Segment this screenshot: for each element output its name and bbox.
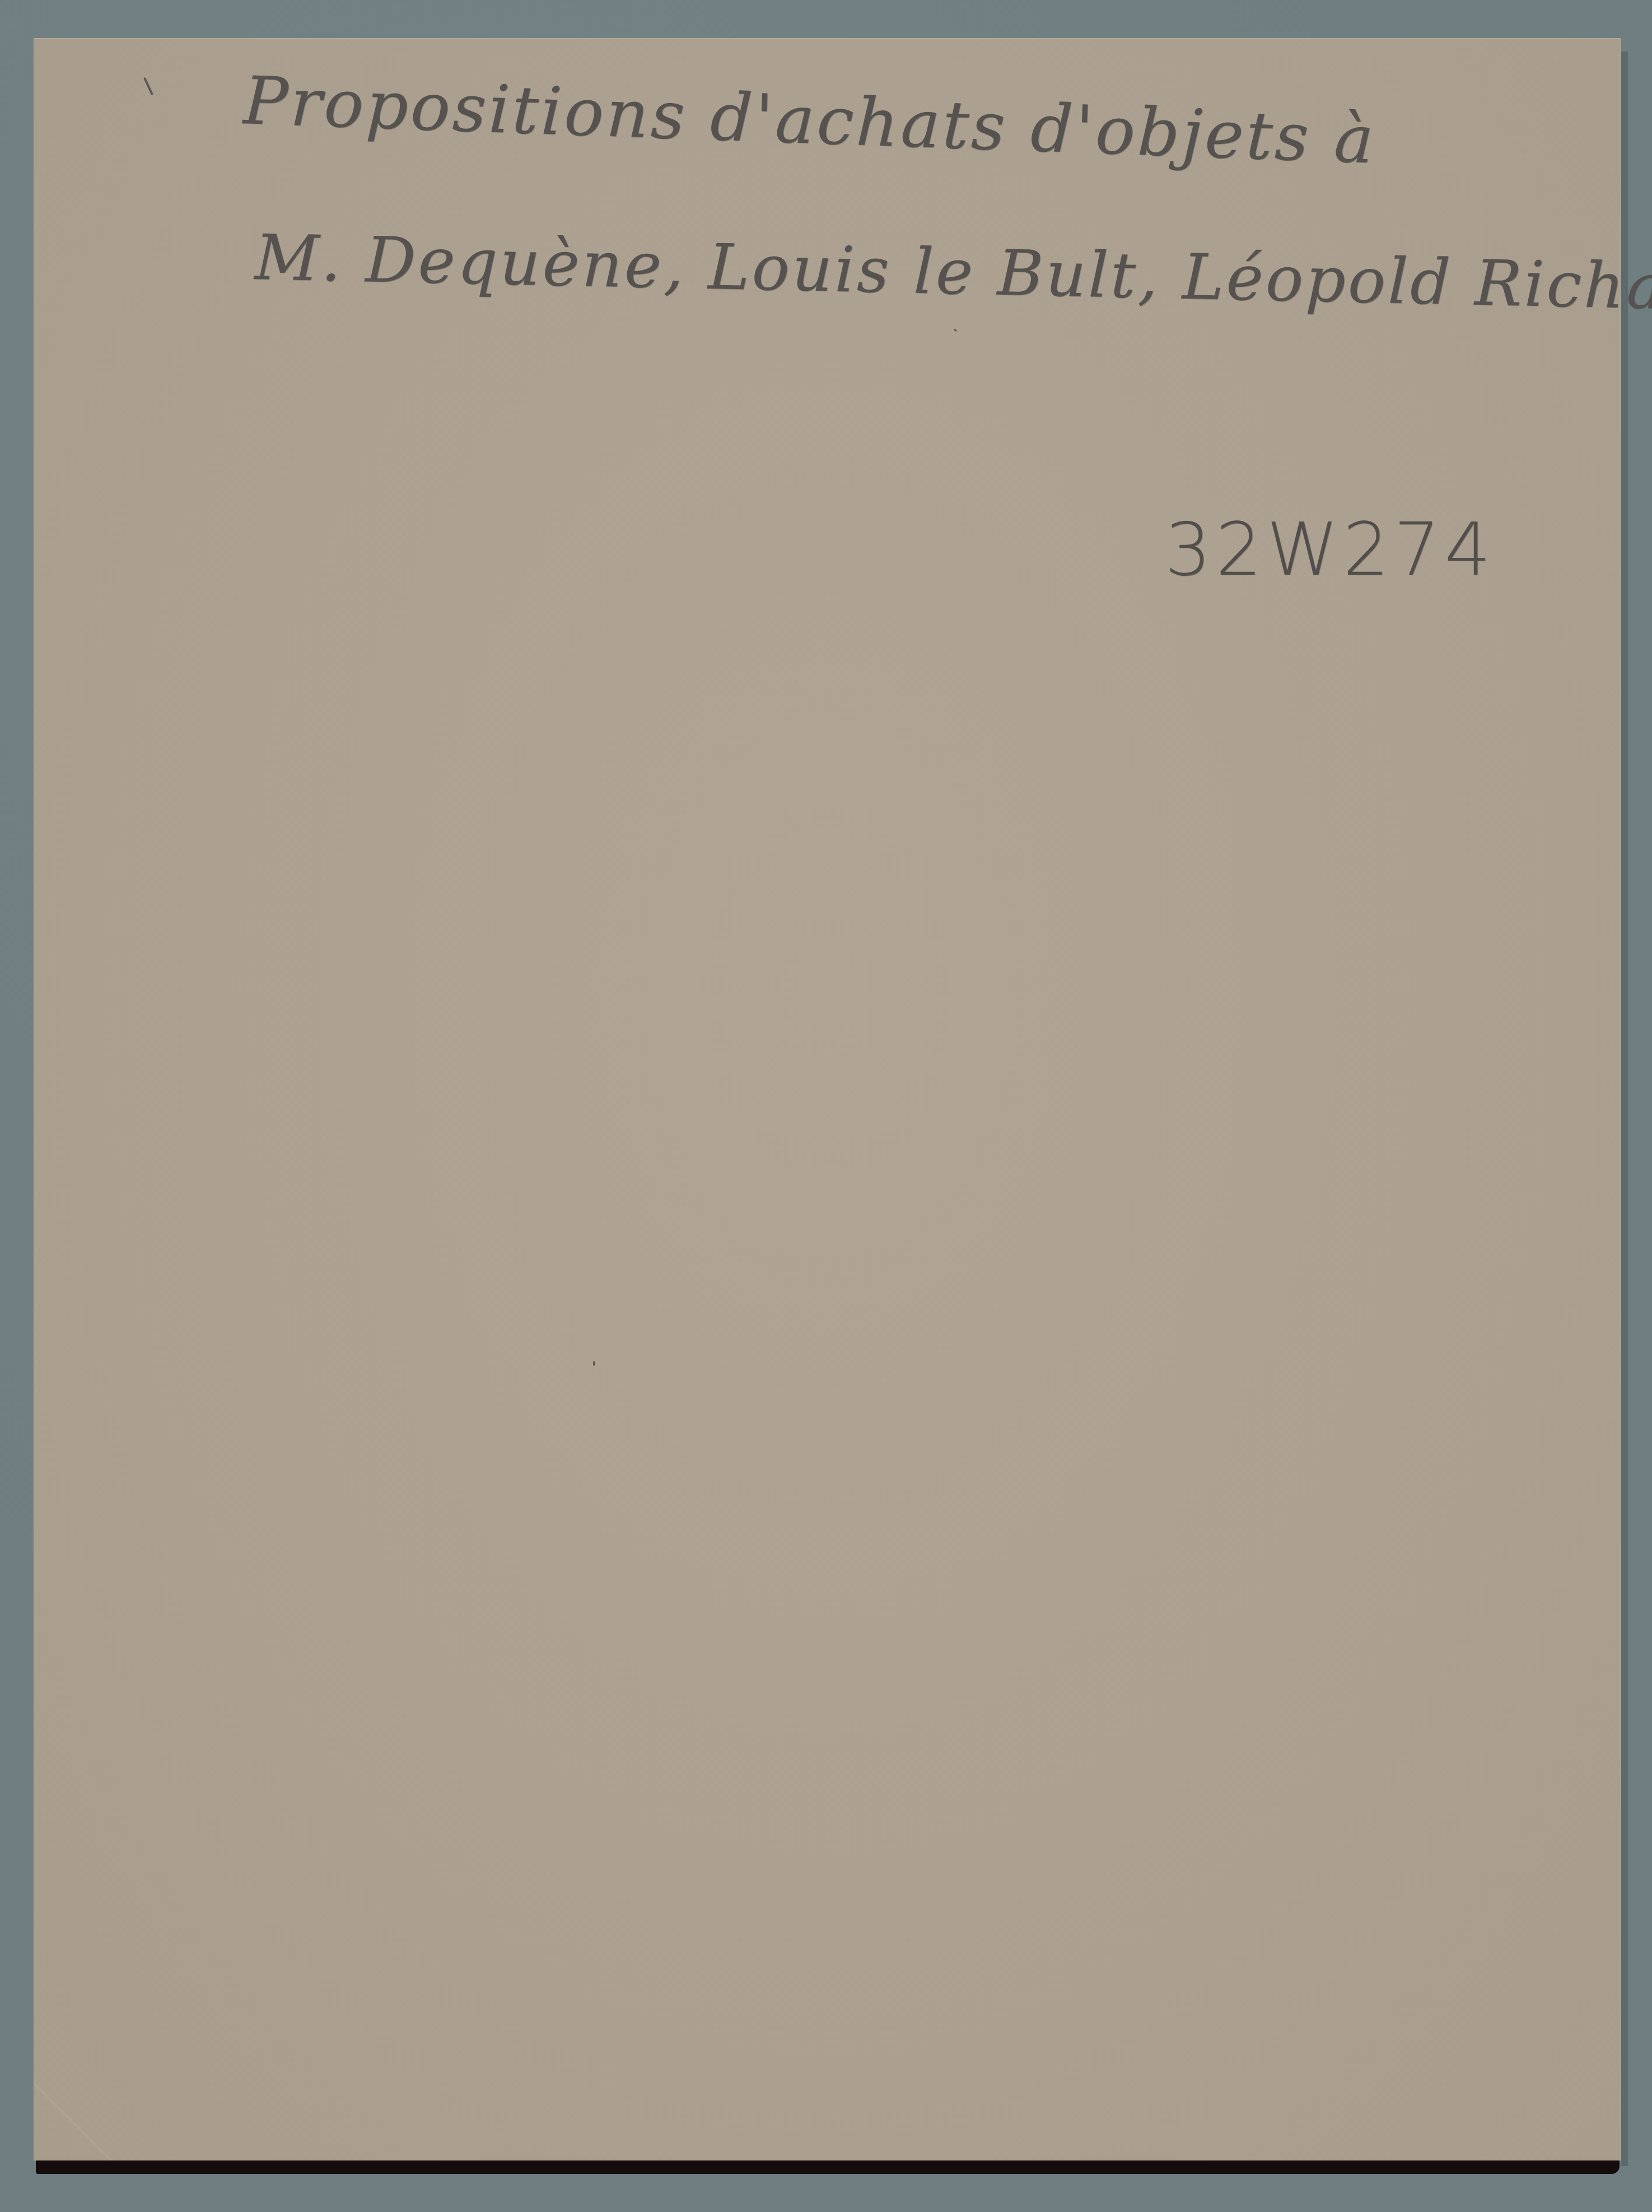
paper-speck [593, 1361, 595, 1366]
corner-fold [34, 2082, 112, 2160]
paper-shadow-right [1621, 52, 1628, 2166]
folder-cover-sheet [34, 38, 1621, 2160]
paper-shadow-bottom [36, 2159, 1620, 2174]
archive-reference-number: 32W274 [1165, 507, 1495, 592]
